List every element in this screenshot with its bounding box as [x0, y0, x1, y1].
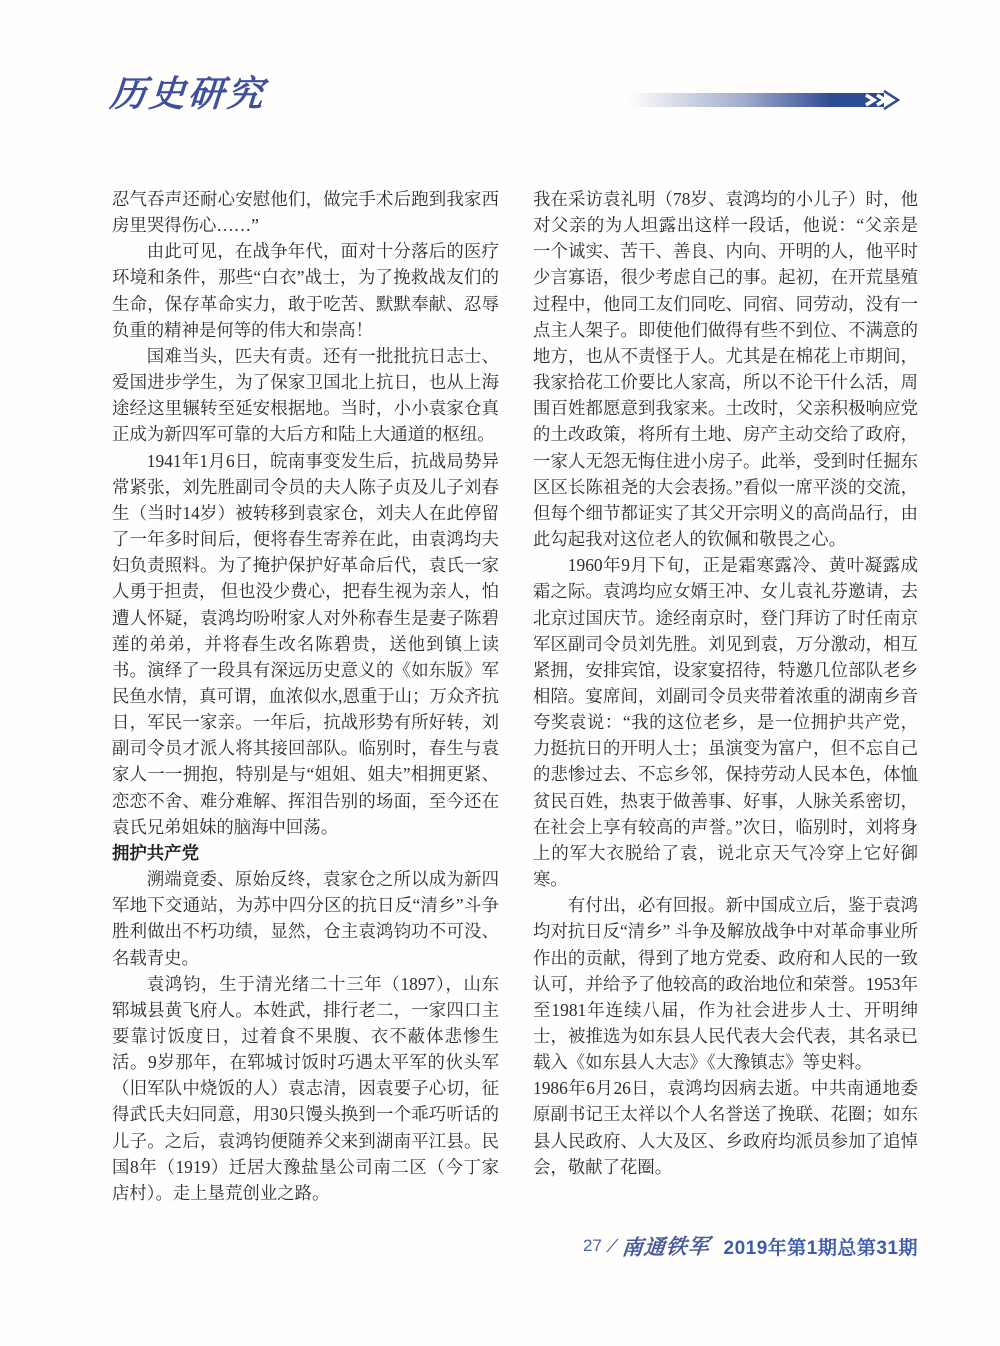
section-heading: 拥护共产党 [112, 840, 499, 866]
magazine-logo-calligraphy: 南通铁军 [620, 1230, 711, 1262]
article-right-column: 我在采访袁礼明（78岁、袁鸿均的小儿子）时，他对父亲的为人坦露出这样一段话，他说… [533, 186, 918, 1180]
page-number: 27 [583, 1236, 602, 1256]
paragraph: 1986年6月26日，袁鸿均因病去逝。中共南通地委原副书记王太祥以个人名誉送了挽… [533, 1075, 918, 1180]
paragraph: 忍气吞声还耐心安慰他们，做完手术后跑到我家西房里哭得伤心……” [112, 186, 499, 238]
magazine-page: 历史研究 忍气吞声还耐心安慰他们，做完手术后跑到我家西房里哭得伤心……” 由此可… [0, 0, 1000, 1346]
paragraph: 1960年9月下旬，正是霜寒露冷、黄叶凝露成霜之际。袁鸿均应女婿王冲、女儿袁礼芬… [533, 552, 918, 892]
paragraph: 由此可见，在战争年代，面对十分落后的医疗环境和条件，那些“白衣”战士，为了挽救战… [112, 238, 499, 343]
paragraph: 袁鸿钧，生于清光绪二十三年（1897），山东郓城县黄飞府人。本姓武，排行老二，一… [112, 971, 499, 1206]
page-footer: 27 / 南通铁军 2019年第1期总第31期 [583, 1231, 918, 1261]
paragraph: 国难当头，匹夫有责。还有一批批抗日志士、爱国进步学生，为了保家卫国北上抗日，也从… [112, 343, 499, 448]
paragraph: 溯端竟委、原始反终，袁家仓之所以成为新四军地下交通站，为苏中四分区的抗日反“清乡… [112, 866, 499, 971]
issue-info: 2019年第1期总第31期 [724, 1233, 918, 1260]
header-gradient-arrow-icon [628, 88, 910, 112]
footer-divider: / [605, 1235, 618, 1258]
paragraph: 1941年1月6日，皖南事变发生后，抗战局势异常紧张，刘先胜副司令员的夫人陈子贞… [112, 448, 499, 840]
section-title-calligraphy: 历史研究 [108, 72, 267, 116]
paragraph: 有付出，必有回报。新中国成立后，鉴于袁鸿均对抗日反“清乡” 斗争及解放战争中对革… [533, 892, 918, 1075]
article-left-column: 忍气吞声还耐心安慰他们，做完手术后跑到我家西房里哭得伤心……” 由此可见，在战争… [112, 186, 499, 1206]
paragraph: 我在采访袁礼明（78岁、袁鸿均的小儿子）时，他对父亲的为人坦露出这样一段话，他说… [533, 186, 918, 552]
